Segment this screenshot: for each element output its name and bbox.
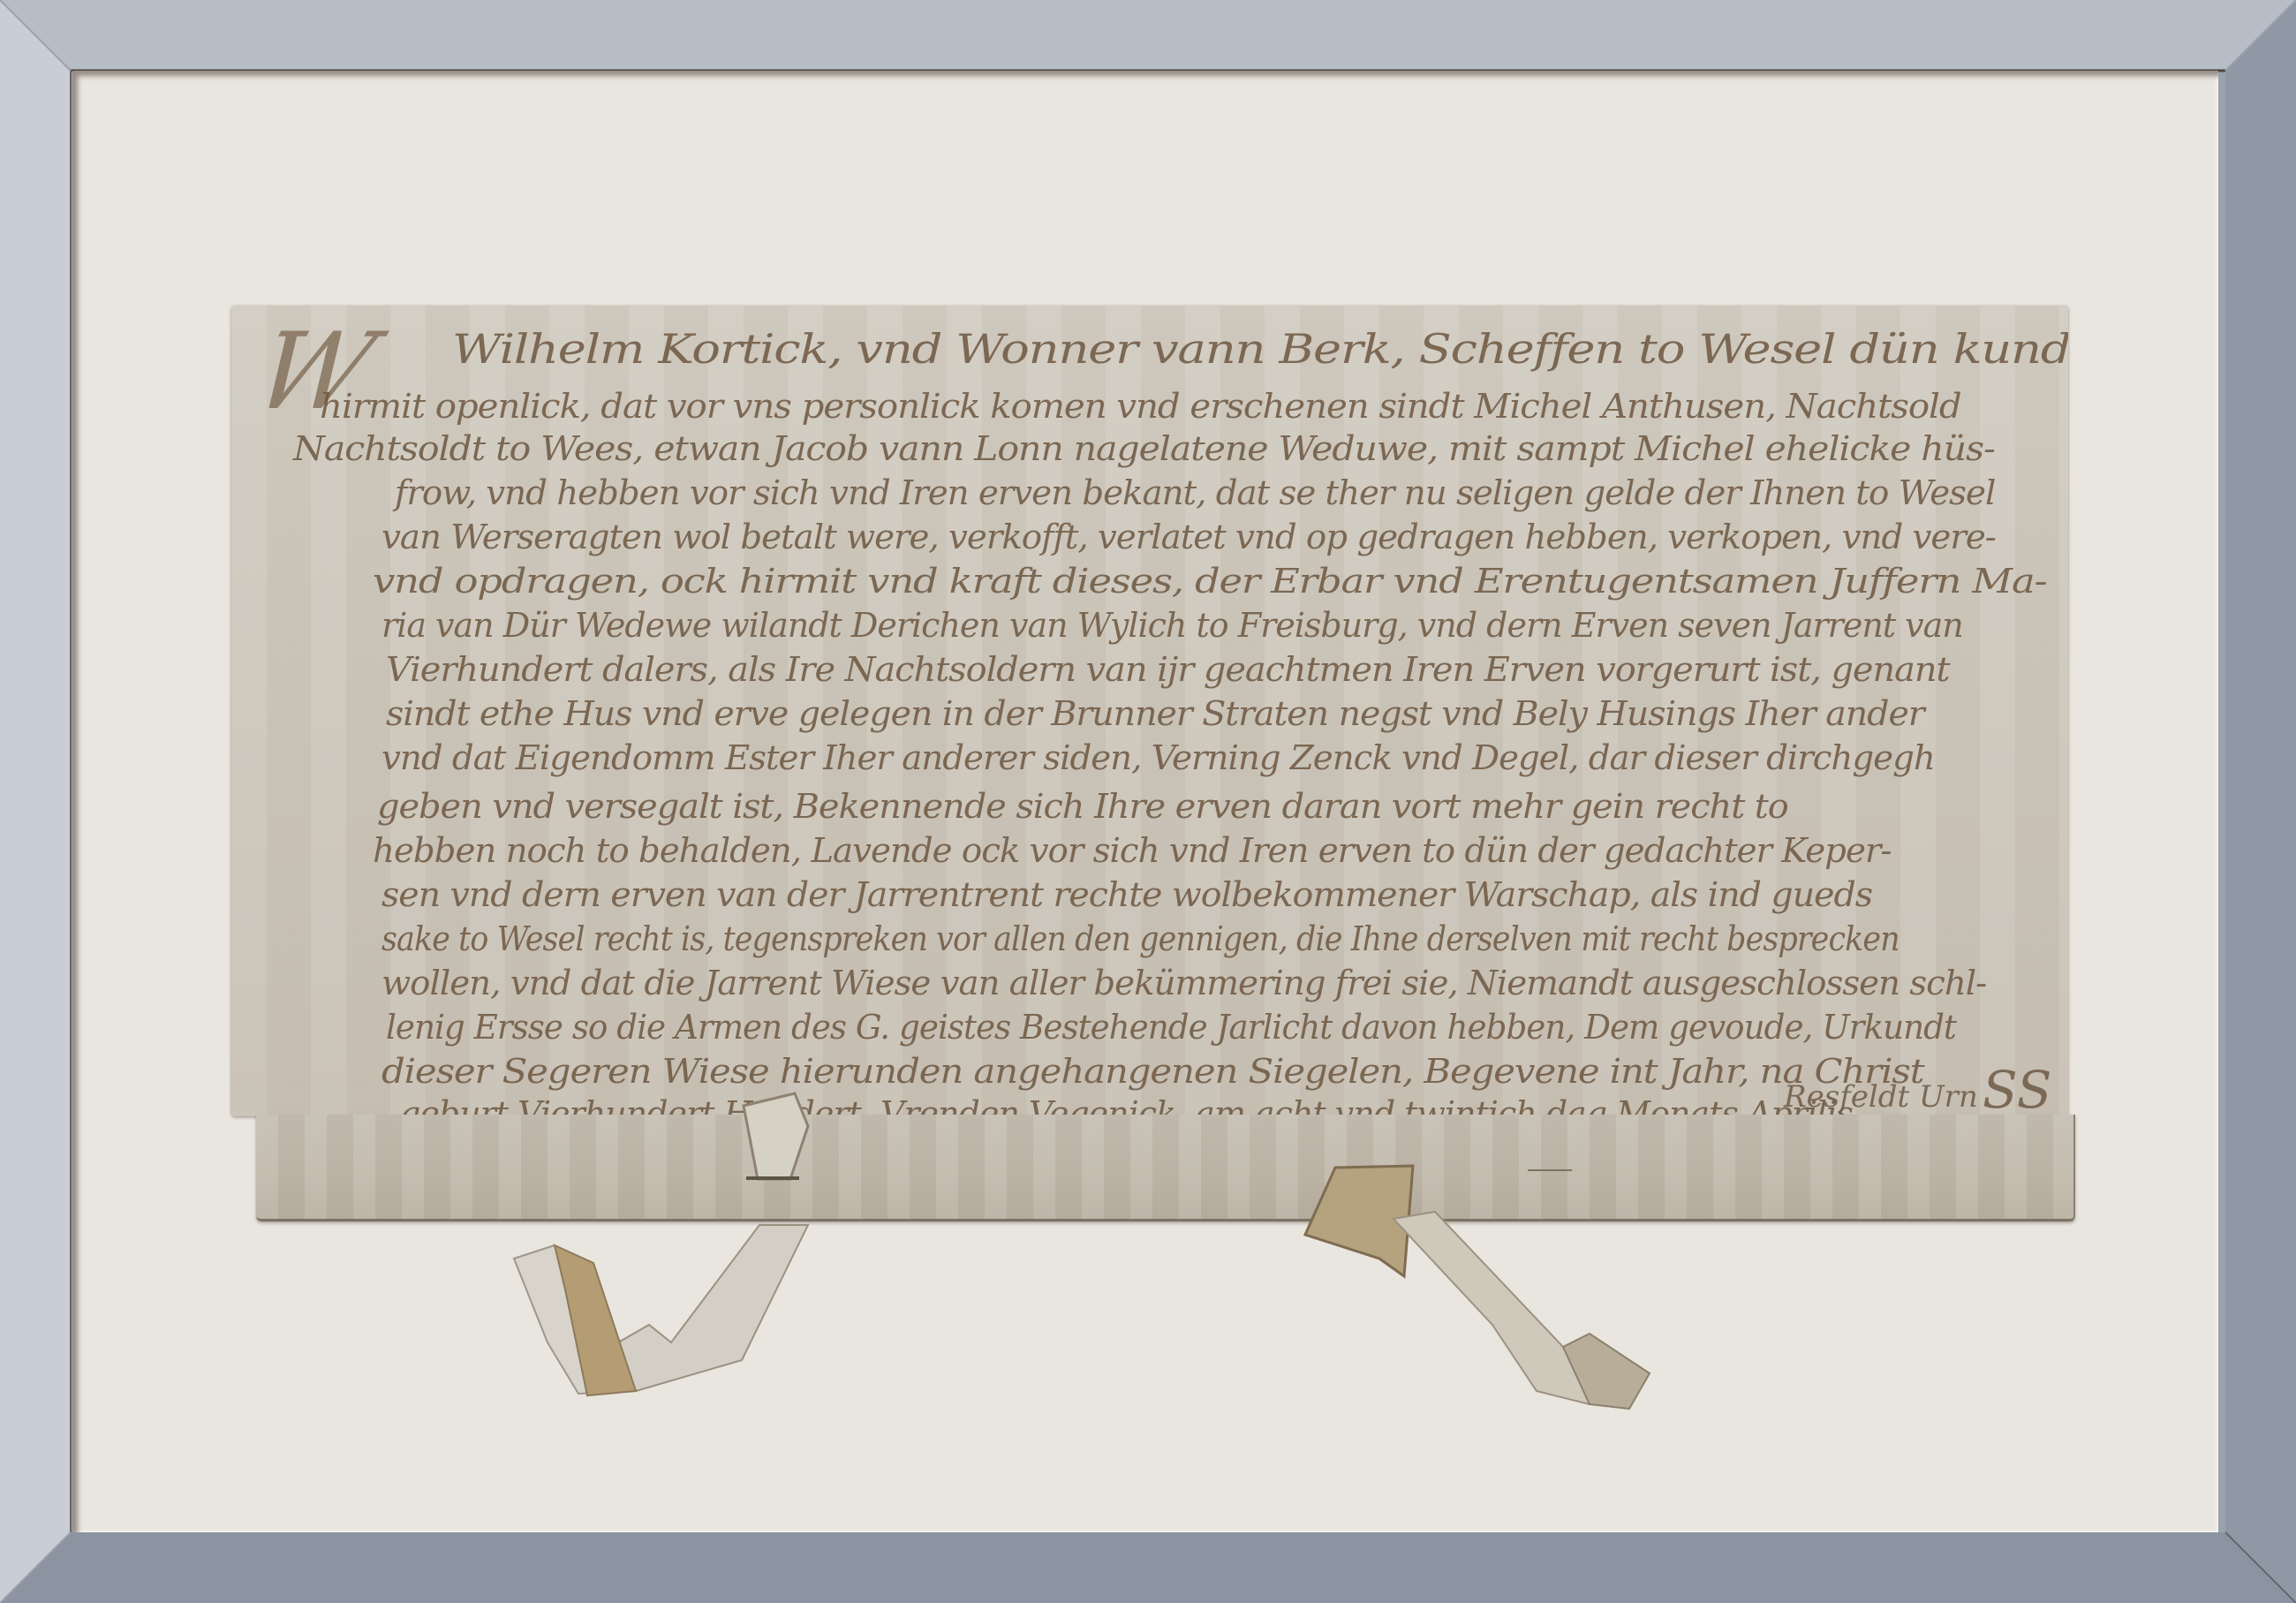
seal-tag-left — [514, 1093, 808, 1395]
seal-tags — [0, 0, 2296, 1603]
seal-tag-right — [1305, 1166, 1650, 1409]
